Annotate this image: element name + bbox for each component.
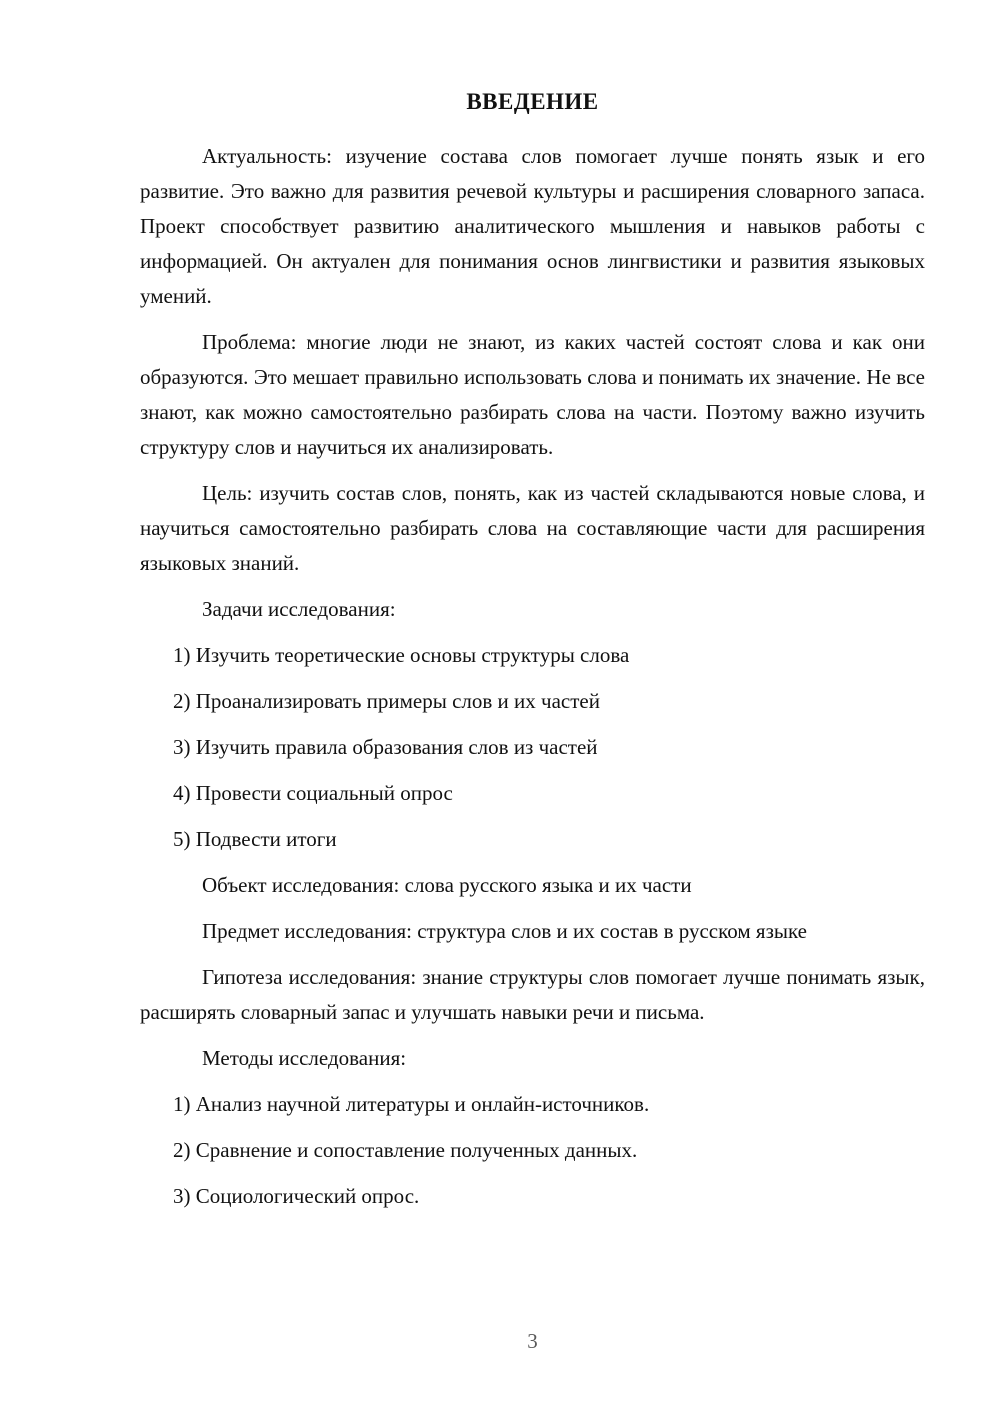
task-item-2: 2) Проанализировать примеры слов и их ча… [173, 684, 925, 719]
page-number: 3 [140, 1324, 925, 1359]
tasks-heading: Задачи исследования: [140, 592, 925, 627]
hypothesis-paragraph: Гипотеза исследования: знание структуры … [140, 960, 925, 1030]
paragraph-relevance: Актуальность: изучение состава слов помо… [140, 139, 925, 314]
method-item-2: 2) Сравнение и сопоставление полученных … [173, 1133, 925, 1168]
paragraph-problem: Проблема: многие люди не знают, из каких… [140, 325, 925, 465]
tasks-list: 1) Изучить теоретические основы структур… [140, 638, 925, 857]
task-item-3: 3) Изучить правила образования слов из ч… [173, 730, 925, 765]
research-object-paragraph: Объект исследования: слова русского язык… [140, 868, 925, 903]
methods-heading: Методы исследования: [140, 1041, 925, 1076]
methods-list: 1) Анализ научной литературы и онлайн-ис… [140, 1087, 925, 1214]
research-subject-paragraph: Предмет исследования: структура слов и и… [140, 914, 925, 949]
page-title: ВВЕДЕНИЕ [140, 84, 925, 119]
task-item-1: 1) Изучить теоретические основы структур… [173, 638, 925, 673]
document-page: ВВЕДЕНИЕ Актуальность: изучение состава … [0, 0, 1000, 1414]
method-item-1: 1) Анализ научной литературы и онлайн-ис… [173, 1087, 925, 1122]
method-item-3: 3) Социологический опрос. [173, 1179, 925, 1214]
task-item-4: 4) Провести социальный опрос [173, 776, 925, 811]
task-item-5: 5) Подвести итоги [173, 822, 925, 857]
paragraph-goal: Цель: изучить состав слов, понять, как и… [140, 476, 925, 581]
